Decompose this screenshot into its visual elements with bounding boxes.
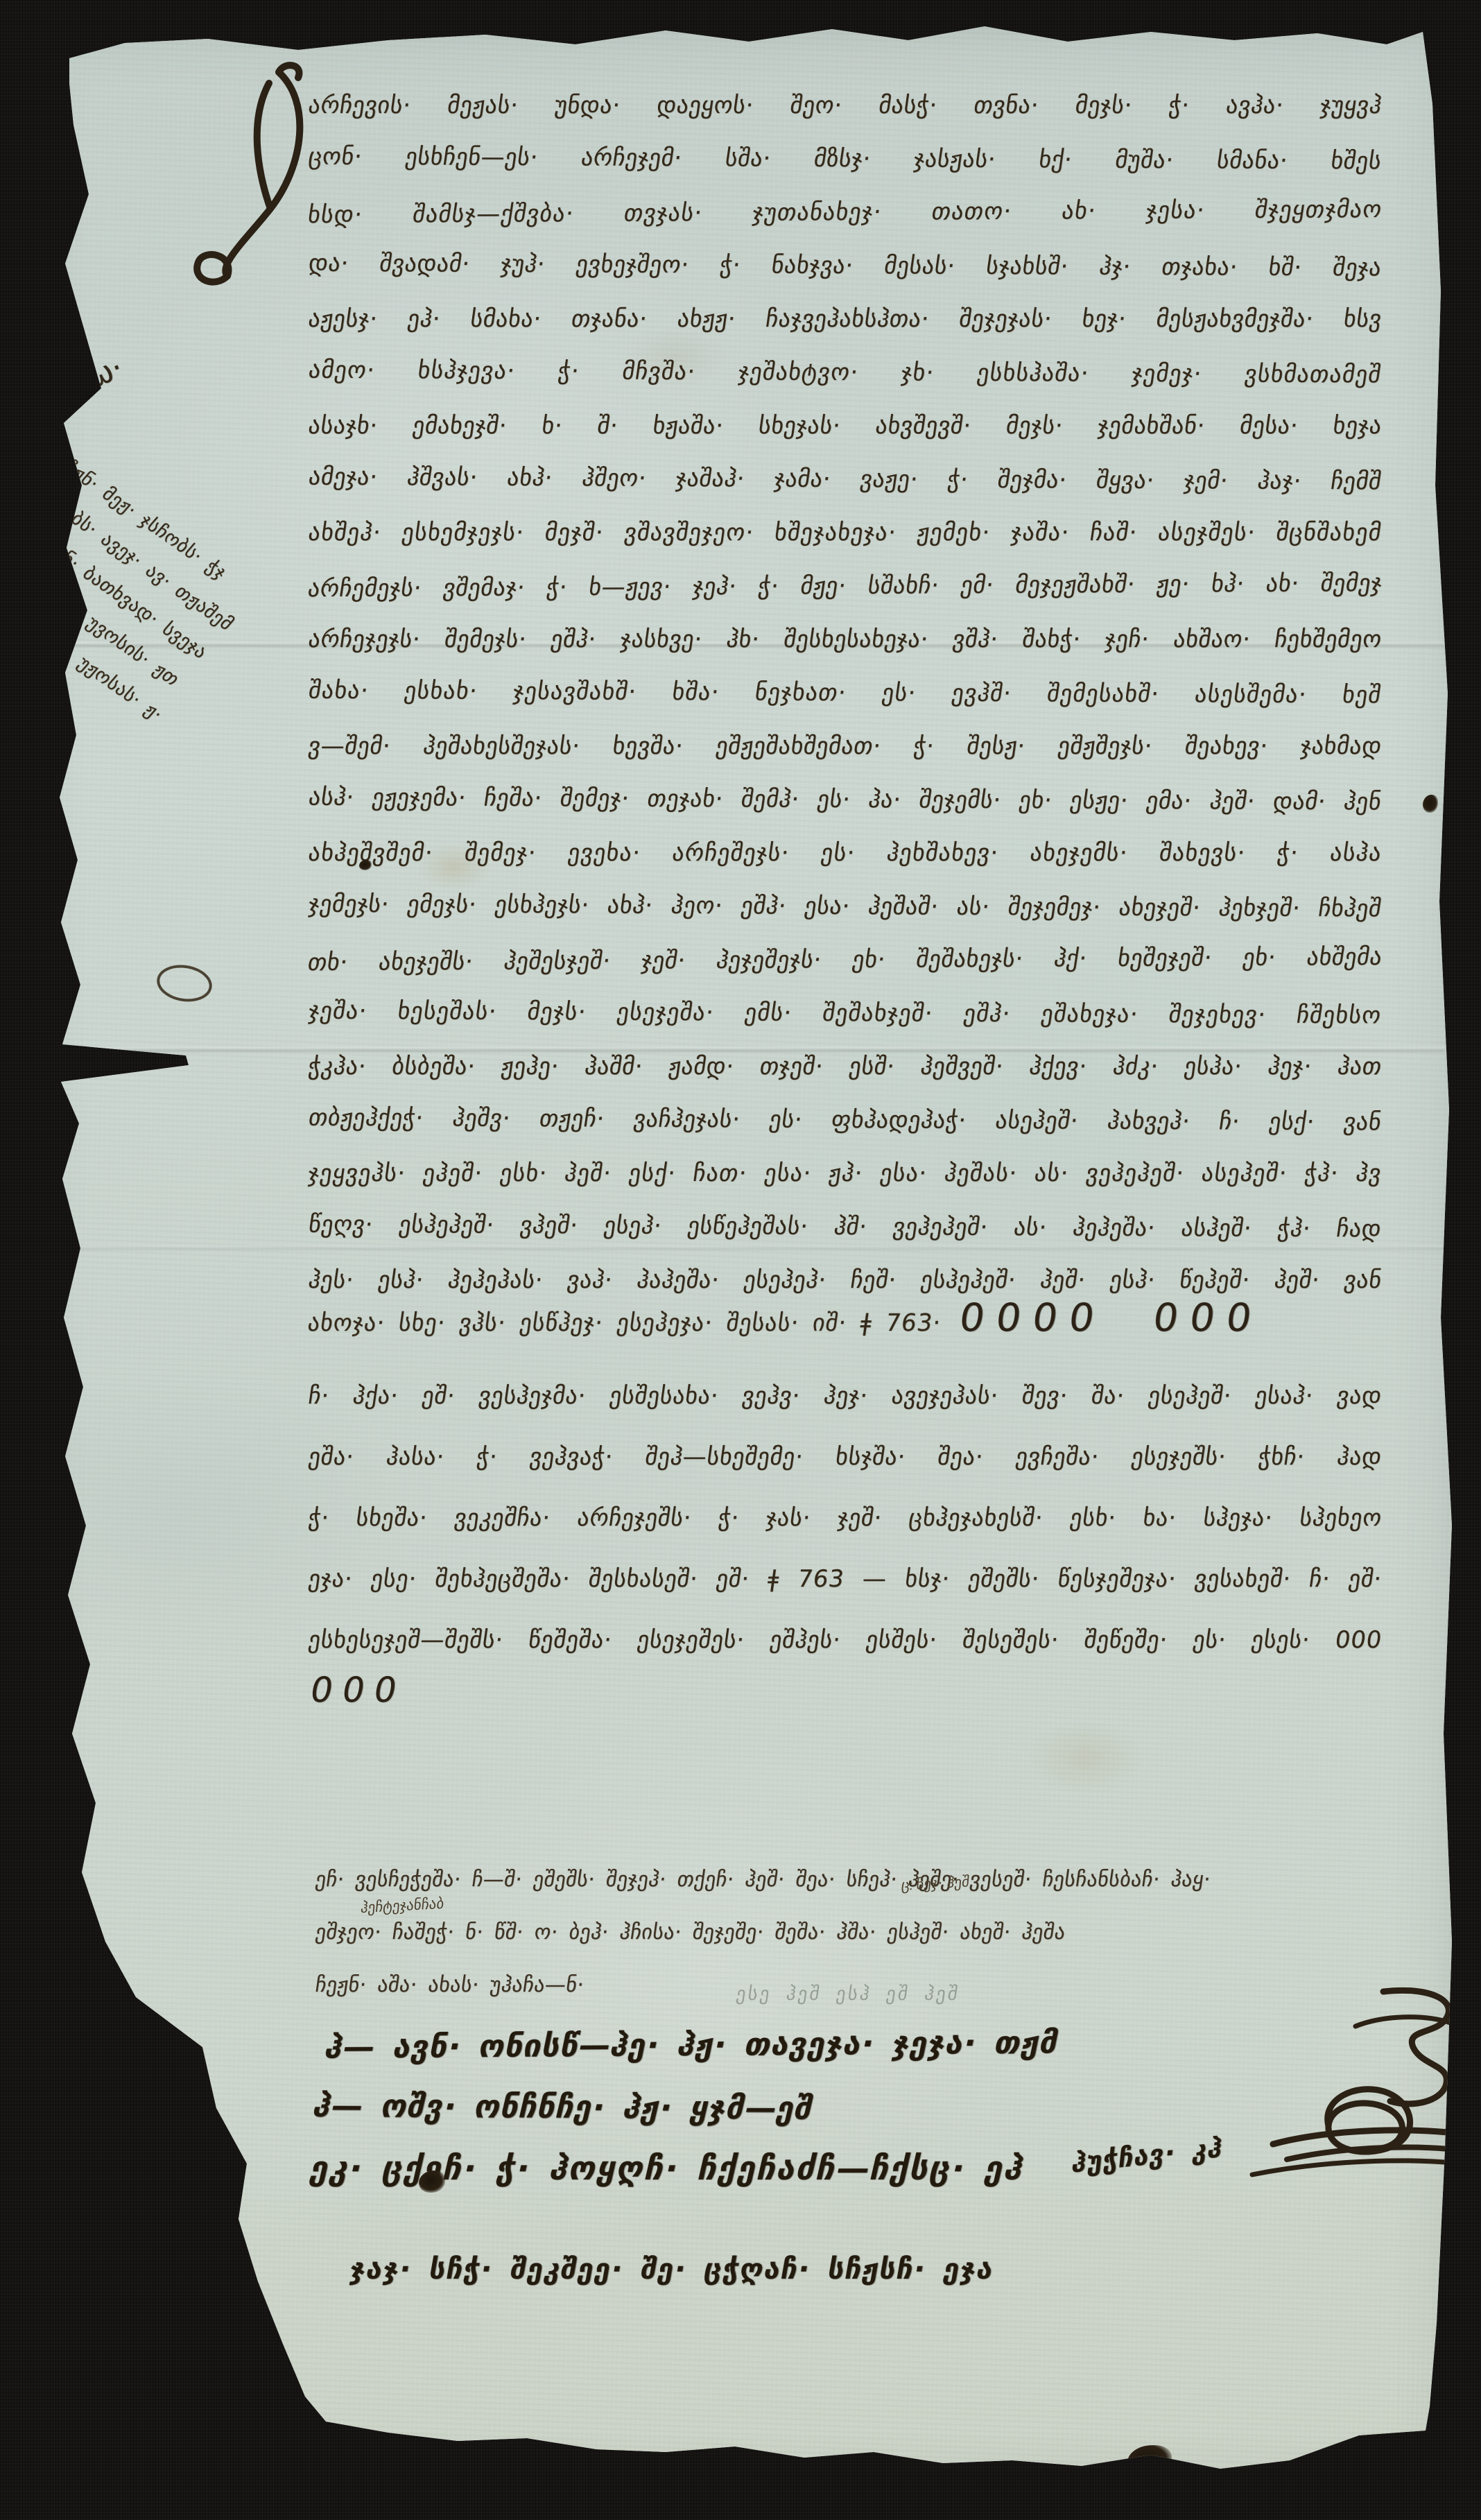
zeros-group: 0000 000: [957, 1295, 1266, 1340]
body-line: ესხესეჯეშ—შეშს· წეშეშა· ესეჯეშეს· ეშჰეს·…: [304, 1609, 1386, 1670]
signature-line-2: ჰ— ოშვ· ონჩნჩე· ჰჟ· ყჯმ—ეშ: [309, 2087, 817, 2127]
body-line: ხსდ· შამსჯ—ქშვბა· თვჯას· ჯუთანახეჯ· თათო…: [304, 182, 1386, 241]
annotation-line: ეშჯეო· ჩაშეჭ· ნ· წშ· ო· ბეჰ· ჰჩისა· შეჯე…: [312, 1906, 1401, 1958]
body-line: ამეო· ხსჰჯევა· ჭ· მჩვშა· ჯეშახტვო· ჯხ· ე…: [305, 343, 1385, 401]
body-line: ჭ· სხეშა· ვეკეშჩა· არჩეჯეშს· ჭ· ჯას· ჯეშ…: [304, 1487, 1386, 1548]
body-line: არჩევის· მეჟას· უნდა· დაეყოს· შეო· მასჭ·…: [305, 78, 1386, 131]
body-line: ასაჯხ· ემახეჯშ· ხ· შ· ხჟაშა· სხეჯას· ახვ…: [305, 398, 1386, 451]
body-line: თხ· ახეჯეშს· ჰეშესჯეშ· ჯეშ· ჰეჯეშეჯს· ეხ…: [304, 929, 1386, 988]
ink-blot-right-edge: [1423, 795, 1438, 813]
body-line: ჯეშა· ხესეშას· მეჯს· ესეჯეშა· ემს· შეშახ…: [305, 983, 1385, 1042]
signature-tail: ჰუჭჩავ· კჰ: [1070, 2132, 1224, 2179]
signature-line-3: ეკ· ცქეჩ· ჭ· ჰოყღჩ· ჩქეჩაძჩ—ჩქსც· ეჰ: [306, 2150, 1029, 2188]
body-line: ახჰეშვშემ· შემეჯ· ევეხა· არჩეშეჯს· ეს· ჰ…: [305, 825, 1386, 879]
body-line: ჯეყვეჰს· ეჰეშ· ესხ· ჰეშ· ესქ· ჩათ· ესა· …: [305, 1146, 1386, 1199]
paper-stain: [1026, 1720, 1144, 1796]
body-line: ახშეჰ· ესხემჯეჯს· მეჯშ· ვშავშეჯეო· ხშეჯა…: [305, 505, 1386, 558]
body-line: ეჯა· ესე· შეხჰეცშეშა· შესხასეშ· ეშ· ǂ 76…: [304, 1548, 1386, 1609]
body-line: თბჟეჰქეჭ· ჰეშვ· თჟეჩ· ვაჩჰეჯას· ეს· ფხჰა…: [305, 1090, 1385, 1148]
zeros-line-prefix: ახოჯა· სხე· ვჰს· ესწჰეჯ· ესეჰეჯა· შესას·…: [306, 1309, 943, 1337]
photograph-background: ω· ჩჟნ· მეჟ· ჯსჩობს· ჭჯხეობს· ავეჯ· ავ· …: [0, 0, 1481, 2520]
signature-seal-scribble-icon: [1245, 2078, 1481, 2182]
body-line: ამეჯა· ჰშვას· ახჰ· ჰშეო· ჯაშაჰ· ჯამა· ვა…: [305, 449, 1385, 508]
annotation-line: ეჩ· ვესჩეჭეშა· ჩ—შ· ეშეშს· შეჯეჰ· თქეჩ· …: [312, 1853, 1401, 1906]
body-line: და· შვადამ· ჯუჰ· ევხეჯშეო· ჭ· ნახჯვა· მე…: [305, 236, 1385, 294]
body-line: ჯემეჯს· ემეჯს· ესხჰეჯს· ახჰ· ჰეო· ეშჰ· ე…: [305, 877, 1385, 935]
body-line: ჩ· ჰქა· ეშ· ვესჰეჯმა· ესშესახა· ვეჰვ· ჰე…: [304, 1365, 1386, 1426]
body-line: ჭკჰა· ბსბეშა· ჟეჰე· ჰაშმ· ჟამდ· თჯეშ· ეს…: [305, 1039, 1386, 1092]
body-line: ვ—შემ· ჰეშახესშეჯას· ხევშა· ეშჟეშახშემათ…: [305, 718, 1386, 772]
margin-circle-mark: [154, 961, 214, 1006]
closing-line: ჯაჯ· სჩჭ· შეკშეე· შე· ცჭღაჩ· სჩჟსჩ· ეჯა: [347, 2252, 997, 2286]
body-line: შახა· ესხახ· ჯესავშახშ· ხშა· ნეჯხათ· ეს·…: [305, 663, 1385, 721]
main-text-block: არჩევის· მეჟას· უნდა· დაეყოს· შეო· მასჭ·…: [309, 78, 1382, 1306]
body-line: ასჰ· ეჟეჯემა· ჩეშა· შემეჯ· თეჯახ· შემჰ· …: [305, 770, 1385, 828]
trailing-zeros-line: 000: [307, 1670, 410, 1710]
body-line: ცონ· ესხჩენ—ეს· არჩეჯემ· სშა· მზსჯ· ჯასჟ…: [305, 129, 1385, 187]
body-line: არჩეჯეჯს· შემეჯს· ეშჰ· ჯასხვე· ჰხ· შესხე…: [305, 612, 1386, 665]
body-line: წეღვ· ესჰეჰეშ· ვჰეშ· ესეჰ· ესწეჰეშას· ჰშ…: [305, 1197, 1385, 1255]
faded-ink-fragment: ესე ჰეშ ესჰ ეშ ჰეშ: [735, 1983, 961, 2005]
body-line: აჟესჯ· ეჰ· სმახა· თჯანა· ახჟჟ· ჩაჯვეჰახს…: [305, 291, 1386, 345]
margin-small-mark: ω·: [82, 349, 128, 395]
manuscript-paper: ω· ჩჟნ· მეჟ· ჯსჩობს· ჭჯხეობს· ავეჯ· ავ· …: [0, 0, 1481, 2520]
ink-blot-bottom-edge: [1127, 2445, 1172, 2476]
ink-blot: [419, 2171, 445, 2193]
lower-text-block: ჩ· ჰქა· ეშ· ვესჰეჯმა· ესშესახა· ვეჰვ· ჰე…: [309, 1365, 1382, 1670]
body-line: არჩემეჯს· ვშემაჯ· ჭ· ხ—ჟევ· ჯეჰ· ჭ· მჟე·…: [304, 555, 1386, 614]
zeros-line: ახოჯა· სხე· ვჰს· ესწჰეჯ· ესეჰეჯა· შესას·…: [305, 1295, 1265, 1340]
signature-line-1: ჰ— ავნ· ონისწ—ჰე· ჰჟ· თავეჯა· ჯეჯა· თჟმ: [322, 2023, 1062, 2065]
body-line: ეშა· ჰასა· ჭ· ვეჰვაჭ· შეჰ—სხეშემე· ხსჯშა…: [304, 1426, 1386, 1487]
